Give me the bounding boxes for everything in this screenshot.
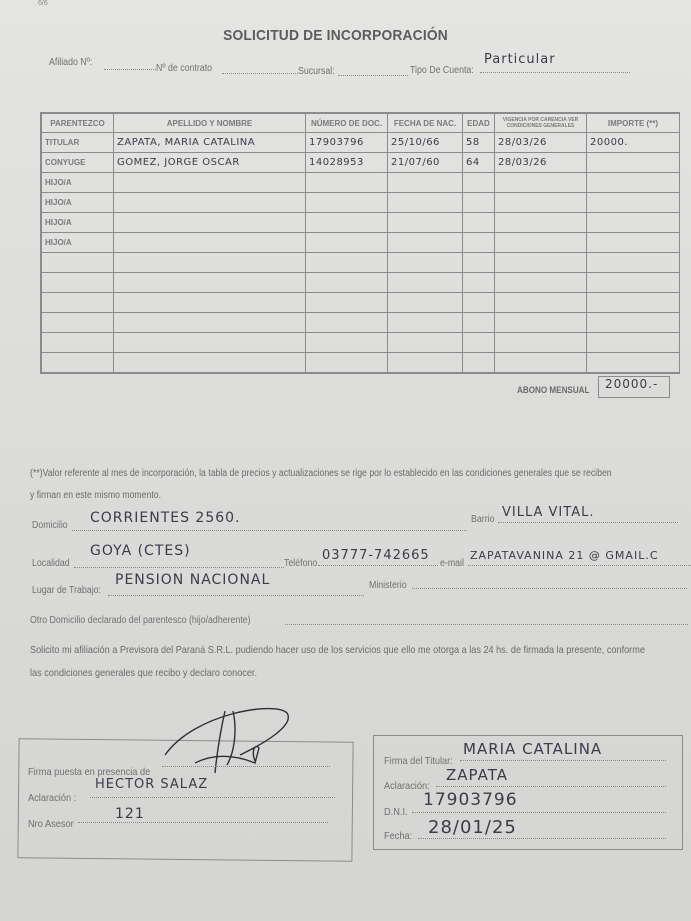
tipo-cuenta-label: Tipo De Cuenta: [410,65,474,76]
cell-fecha-nac[interactable] [388,293,463,313]
lugar-trabajo-value: PENSION NACIONAL [115,572,270,588]
sucursal-label: Sucursal: [298,66,335,77]
cell-vigencia[interactable] [495,173,587,193]
cell-importe[interactable] [587,213,680,233]
cell-vigencia[interactable]: 28/03/26 [495,153,587,173]
cell-parentezco: CONYUGE [42,153,114,173]
email-label: e-mail [440,558,464,569]
cell-edad[interactable] [463,213,495,233]
col-vigencia: VIGENCIA POR CARENCIA VER CONDICIONES GE… [495,114,587,133]
cell-doc[interactable] [306,313,388,333]
cell-edad[interactable] [463,333,495,353]
cell-parentezco [42,253,114,273]
table-row [42,333,680,353]
lugar-trabajo-field[interactable] [108,595,364,596]
localidad-field[interactable] [74,567,284,568]
otro-domicilio-label: Otro Domicilio declarado del parentesco … [30,615,251,626]
cell-doc[interactable] [306,193,388,213]
cell-parentezco [42,273,114,293]
cell-importe[interactable] [587,293,680,313]
cell-nombre[interactable]: GOMEZ, JORGE OSCAR [114,153,306,173]
price-note-line1: (**)Valor referente al mes de incorporac… [30,468,612,479]
cell-vigencia[interactable] [495,193,587,213]
localidad-value: GOYA (CTES) [90,543,191,559]
afiliado-field[interactable] [104,69,156,70]
email-value: ZAPATAVANINA 21 @ GMAIL.C [470,549,659,562]
cell-nombre[interactable] [114,193,306,213]
cell-edad[interactable] [463,253,495,273]
holder-firma-value: MARIA CATALINA [463,740,602,758]
cell-nombre[interactable] [114,333,306,353]
holder-fecha-value: 28/01/25 [428,817,517,838]
table-row: HIJO/A [42,233,680,253]
table-row: CONYUGEGOMEZ, JORGE OSCAR1402895321/07/6… [42,153,680,173]
cell-importe[interactable] [587,153,680,173]
holder-firma-field[interactable] [460,760,666,761]
cell-nombre[interactable] [114,313,306,333]
cell-fecha-nac[interactable] [388,233,463,253]
cell-vigencia[interactable] [495,333,587,353]
col-edad: EDAD [463,114,495,133]
cell-vigencia[interactable] [495,273,587,293]
cell-parentezco: HIJO/A [42,173,114,193]
advisor-firma-field[interactable] [162,766,330,767]
ministerio-label: Ministerio [369,580,407,591]
holder-aclaracion-value: ZAPATA [446,766,508,784]
advisor-aclaracion-value: HECTOR SALAZ [95,777,208,792]
lugar-trabajo-label: Lugar de Trabajo: [32,585,101,596]
cell-doc[interactable]: 14028953 [306,153,388,173]
cell-edad[interactable] [463,273,495,293]
cell-importe[interactable] [587,193,680,213]
cell-importe[interactable] [587,353,680,373]
cell-vigencia[interactable]: 28/03/26 [495,133,587,153]
afiliado-label: Afiliado Nº: [49,57,92,68]
cell-doc[interactable] [306,233,388,253]
cell-vigencia[interactable] [495,213,587,233]
cell-doc[interactable] [306,293,388,313]
table-row [42,353,680,373]
holder-fecha-label: Fecha: [384,830,412,842]
cell-nombre[interactable] [114,353,306,373]
cell-importe[interactable] [587,313,680,333]
cell-nombre[interactable]: ZAPATA, MARIA CATALINA [114,133,306,153]
holder-aclaracion-field[interactable] [436,786,666,787]
table-row [42,293,680,313]
cell-fecha-nac[interactable] [388,213,463,233]
table-header-row: PARENTEZCO APELLIDO Y NOMBRE NÚMERO DE D… [42,114,680,133]
cell-vigencia[interactable] [495,353,587,373]
barrio-value: VILLA VITAL. [502,505,594,520]
cell-edad[interactable]: 64 [463,153,495,173]
abono-mensual-label: ABONO MENSUAL [517,385,589,395]
cell-nombre[interactable] [114,253,306,273]
cell-vigencia[interactable] [495,233,587,253]
cell-fecha-nac[interactable] [388,173,463,193]
cell-parentezco [42,313,114,333]
advisor-aclaracion-label: Aclaración : [28,792,76,804]
cell-edad[interactable] [463,193,495,213]
tipo-cuenta-field[interactable] [480,72,630,73]
sucursal-field[interactable] [338,75,408,76]
abono-mensual-value: 20000.- [605,377,658,391]
telefono-label: Teléfono [284,558,317,569]
cell-parentezco: HIJO/A [42,213,114,233]
barrio-field[interactable] [498,522,678,523]
cell-importe[interactable]: 20000. [587,133,680,153]
otro-domicilio-field[interactable] [285,624,688,625]
declaration-line1: Solicito mi afiliación a Previsora del P… [30,644,645,656]
application-form-page: 6/6 SOLICITUD DE INCORPORACIÓN Afiliado … [0,0,691,921]
advisor-aclaracion-field[interactable] [90,797,335,798]
cell-vigencia[interactable] [495,313,587,333]
table-row: HIJO/A [42,173,680,193]
table-row: HIJO/A [42,193,680,213]
col-parentezco: PARENTEZCO [42,114,114,133]
cell-doc[interactable] [306,173,388,193]
contrato-label: Nº de contrato [156,63,212,74]
col-doc: NÚMERO DE DOC. [306,114,388,133]
cell-parentezco: HIJO/A [42,193,114,213]
cell-vigencia[interactable] [495,293,587,313]
cell-importe[interactable] [587,233,680,253]
cell-doc[interactable] [306,253,388,273]
cell-edad[interactable] [463,353,495,373]
table-row [42,253,680,273]
table-row [42,313,680,333]
ministerio-field[interactable] [412,588,687,589]
holder-dni-label: D.N.I. [384,806,408,818]
cell-nombre[interactable] [114,293,306,313]
cell-fecha-nac[interactable] [388,333,463,353]
holder-fecha-field[interactable] [418,838,666,839]
cell-edad[interactable] [463,233,495,253]
table-row: TITULARZAPATA, MARIA CATALINA1790379625/… [42,133,680,153]
cell-parentezco: TITULAR [42,133,114,153]
email-field[interactable] [468,565,691,566]
cell-doc[interactable] [306,213,388,233]
cell-nombre[interactable] [114,233,306,253]
col-fecha-nac: FECHA DE NAC. [388,114,463,133]
cell-edad[interactable] [463,173,495,193]
domicilio-label: Domicilio [32,520,68,531]
table-row: HIJO/A [42,213,680,233]
cell-edad[interactable] [463,313,495,333]
advisor-nro-value: 121 [115,806,145,822]
form-title: SOLICITUD DE INCORPORACIÓN [18,27,654,44]
tipo-cuenta-value: Particular [484,52,556,67]
cell-fecha-nac[interactable] [388,193,463,213]
cell-fecha-nac[interactable] [388,273,463,293]
cell-vigencia[interactable] [495,253,587,273]
cell-fecha-nac[interactable] [388,313,463,333]
cell-doc[interactable] [306,353,388,373]
cell-importe[interactable] [587,173,680,193]
telefono-field[interactable] [318,565,438,566]
cell-importe[interactable] [587,253,680,273]
barrio-label: Barrio [471,514,494,525]
col-nombre: APELLIDO Y NOMBRE [114,114,306,133]
col-importe: IMPORTE (**) [587,114,680,133]
cell-nombre[interactable] [114,173,306,193]
cell-edad[interactable] [463,293,495,313]
domicilio-value: CORRIENTES 2560. [90,510,241,526]
table-row [42,273,680,293]
cell-importe[interactable] [587,333,680,353]
cell-nombre[interactable] [114,213,306,233]
cell-parentezco [42,293,114,313]
cell-fecha-nac[interactable] [388,253,463,273]
domicilio-field[interactable] [72,530,467,531]
holder-dni-value: 17903796 [423,790,518,810]
contrato-field[interactable] [222,73,298,74]
cell-importe[interactable] [587,273,680,293]
page-mark: 6/6 [38,0,48,7]
cell-parentezco [42,333,114,353]
localidad-label: Localidad [32,558,70,569]
cell-fecha-nac[interactable]: 21/07/60 [388,153,463,173]
telefono-value: 03777-742665 [322,548,430,563]
advisor-nro-field[interactable] [78,822,328,823]
declaration-line2: las condiciones generales que recibo y d… [30,667,257,679]
cell-parentezco: HIJO/A [42,233,114,253]
advisor-signature-scribble [155,703,295,775]
cell-fecha-nac[interactable]: 25/10/66 [388,133,463,153]
holder-firma-label: Firma del Titular: [384,755,453,767]
family-members-table: PARENTEZCO APELLIDO Y NOMBRE NÚMERO DE D… [40,112,680,374]
cell-doc[interactable]: 17903796 [306,133,388,153]
cell-doc[interactable] [306,333,388,353]
price-note-line2: y firman en este mismo momento. [30,490,161,501]
cell-nombre[interactable] [114,273,306,293]
cell-fecha-nac[interactable] [388,353,463,373]
cell-doc[interactable] [306,273,388,293]
cell-parentezco [42,353,114,373]
cell-edad[interactable]: 58 [463,133,495,153]
advisor-nro-label: Nro Asesor [28,818,74,830]
holder-dni-field[interactable] [412,812,666,813]
